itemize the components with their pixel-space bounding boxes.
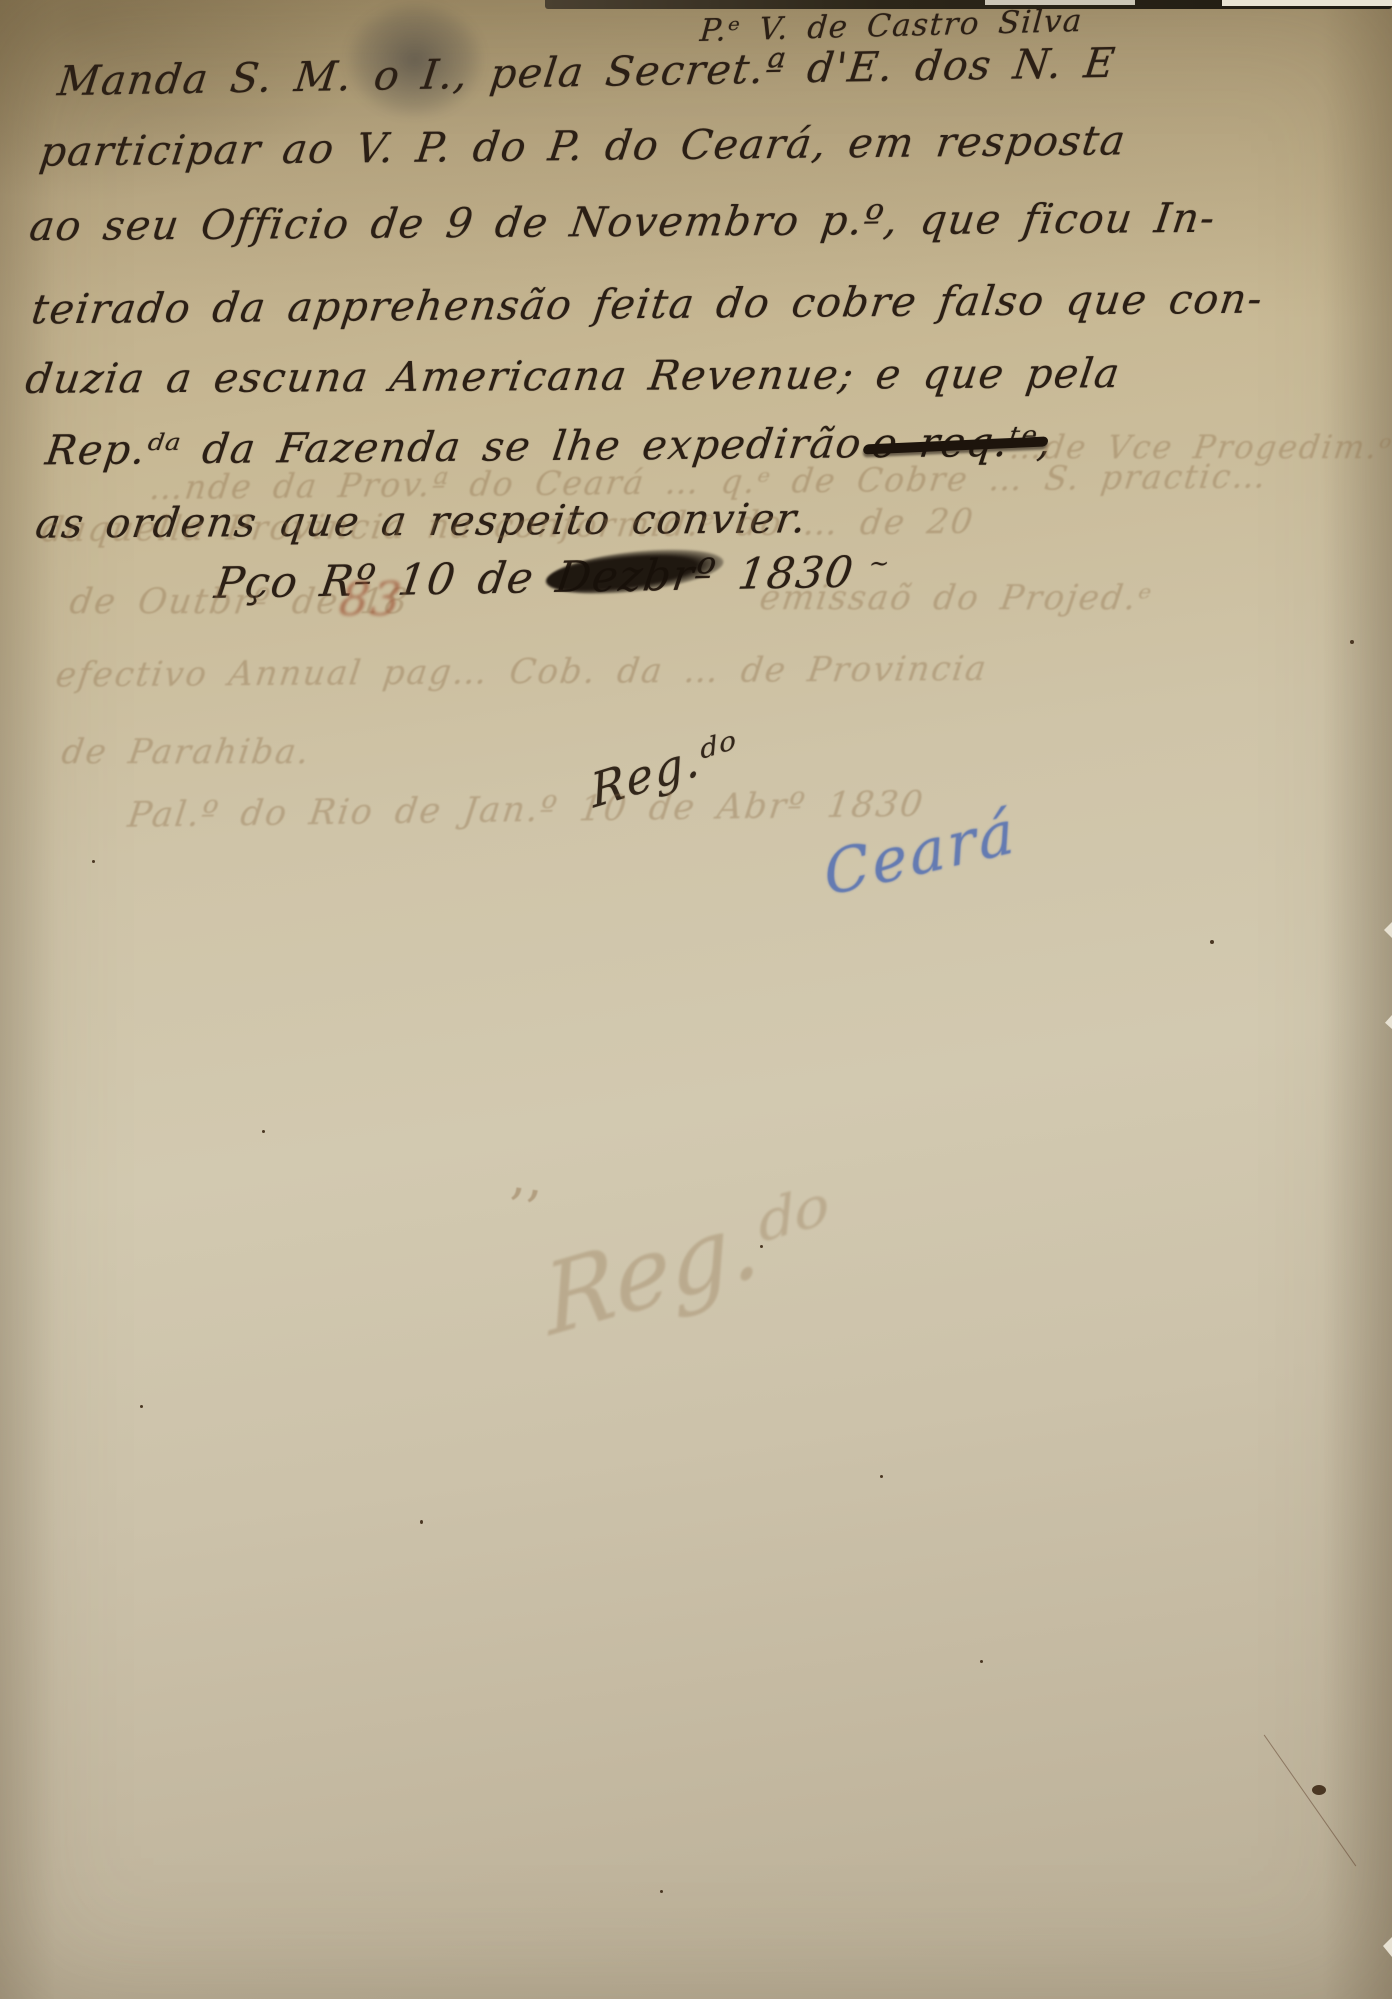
scan-edge-highlight [1222,0,1392,6]
bleedthrough-line: de Parahiba. [59,732,313,772]
letter-line: participar ao V. P. do P. do Ceará, em r… [37,116,1129,175]
dateline-month: Dezbrº [553,550,720,603]
bleedthrough-line: efectivo Annual pag… Cob. da … de Provin… [53,649,990,696]
paper-speck [1312,1785,1326,1795]
paper-speck [660,1890,663,1893]
paper-speck [1350,640,1354,644]
bleedthrough-line: emissaõ do Projed.ᵉ [757,578,1155,618]
paraph-flourish: ~ [867,549,893,577]
paper-speck [262,1130,265,1133]
paper-speck [1210,940,1214,944]
letter-line: Manda S. M. o I., pela Secret.ª d'E. dos… [55,39,1119,106]
bleedthrough-quote-mark: ’’ [502,1178,543,1242]
paper-speck [980,1660,983,1663]
paper-speck [760,1245,763,1248]
paper-speck [140,1405,143,1408]
paper-fiber [1264,1735,1357,1867]
bleedthrough-registered-note: Reg.ᵈᵒ [540,1164,837,1359]
letter-line: ao seu Officio de 9 de Novembro p.º, que… [27,194,1219,250]
bleedthrough-line: daquella Provincia na conformid.ᵉ do … d… [39,502,977,550]
bleedthrough-dateline: Pal.º do Rio de Jan.º 10 de Abrº 1830 [126,784,927,835]
edge-chip [1385,1015,1392,1029]
edge-chip [1384,922,1392,938]
bleedthrough-red-smear: 83 [336,572,406,626]
bleedthrough-line: …de Vce Progedim.ᵒˢ [1007,428,1392,466]
letter-line: teirado da apprehensão feita do cobre fa… [29,275,1267,334]
edge-chip [1383,1937,1392,1957]
ink-blot-over-month: Dezbrº [553,550,720,603]
paper-speck [92,860,95,863]
paper-speck [880,1475,883,1478]
paper-speck [420,1520,423,1524]
manuscript-page: P.ᵉ V. de Castro Silva Manda S. M. o I.,… [0,0,1392,1999]
letter-line: duzia a escuna Americana Revenue; e que … [23,349,1124,403]
